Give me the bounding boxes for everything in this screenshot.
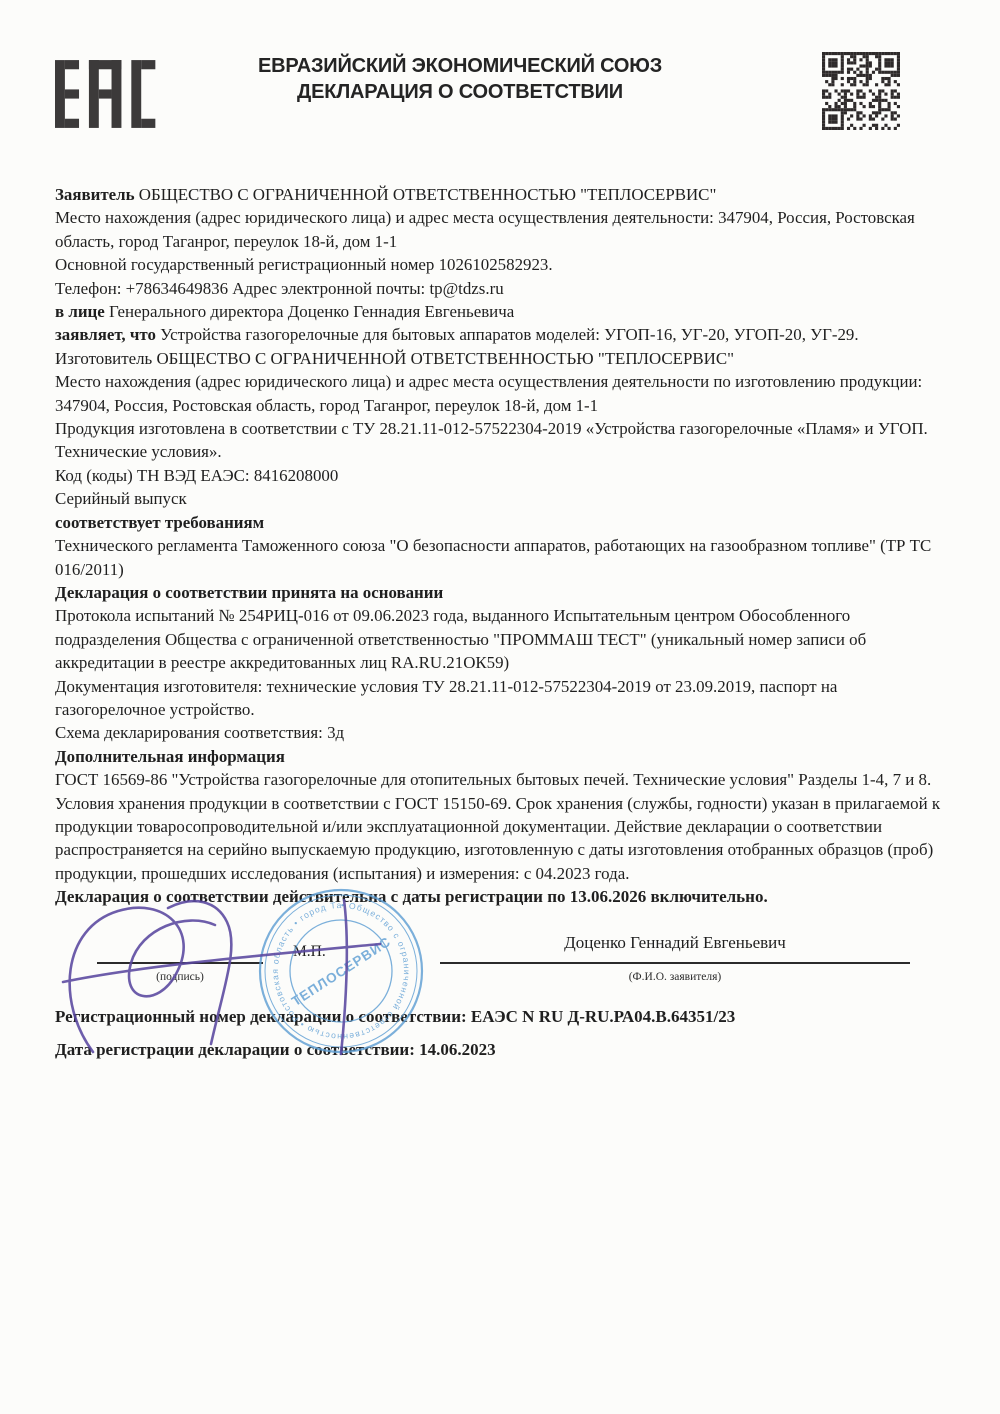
document-body: Заявитель ОБЩЕСТВО С ОГРАНИЧЕННОЙ ОТВЕТС… (55, 183, 947, 1061)
additional-heading: Дополнительная информация (55, 745, 947, 768)
title-line-declaration: ДЕКЛАРАЦИЯ О СООТВЕТСТВИИ (180, 79, 740, 105)
basis-protocol-line: Протокола испытаний № 254РИЦ-016 от 09.0… (55, 604, 947, 674)
signature-line (97, 962, 263, 964)
registration-number-line: Регистрационный номер декларации о соотв… (55, 1005, 947, 1028)
signature-caption: (подпись) (97, 966, 263, 989)
in-person-value: Генерального директора Доценко Геннадия … (109, 302, 514, 321)
applicant-value: ОБЩЕСТВО С ОГРАНИЧЕННОЙ ОТВЕТСТВЕННОСТЬЮ… (139, 185, 717, 204)
stamp-place-label: М.П. (293, 940, 326, 963)
contacts-line: Телефон: +78634649836 Адрес электронной … (55, 277, 947, 300)
regulation-line: Технического регламента Таможенного союз… (55, 534, 947, 581)
document-title: ЕВРАЗИЙСКИЙ ЭКОНОМИЧЕСКИЙ СОЮЗ ДЕКЛАРАЦИ… (180, 53, 740, 105)
ogrn-line: Основной государственный регистрационный… (55, 253, 947, 276)
production-tu-line: Продукция изготовлена в соответствии с Т… (55, 417, 947, 464)
signature-block: (подпись) М.П. Доценко Геннадий Евгеньев… (55, 914, 947, 988)
fio-caption: (Ф.И.О. заявителя) (440, 966, 910, 989)
manufacturer-value: ОБЩЕСТВО С ОГРАНИЧЕННОЙ ОТВЕТСТВЕННОСТЬЮ… (156, 349, 734, 368)
in-person-label: в лице (55, 302, 105, 321)
declares-label: заявляет, что (55, 325, 156, 344)
applicant-address-line: Место нахождения (адрес юридического лиц… (55, 206, 947, 253)
applicant-label: Заявитель (55, 185, 135, 204)
qr-code-icon (822, 52, 900, 130)
declares-value: Устройства газогорелочные для бытовых ап… (160, 325, 858, 344)
applicant-line: Заявитель ОБЩЕСТВО С ОГРАНИЧЕННОЙ ОТВЕТС… (55, 183, 947, 206)
title-line-union: ЕВРАЗИЙСКИЙ ЭКОНОМИЧЕСКИЙ СОЮЗ (180, 53, 740, 79)
eac-logo-icon (55, 48, 161, 140)
registration-date-line: Дата регистрации декларации о соответств… (55, 1038, 947, 1061)
basis-docs-line: Документация изготовителя: технические у… (55, 675, 947, 722)
manufacturer-label: Изготовитель (55, 349, 152, 368)
basis-heading: Декларация о соответствии принята на осн… (55, 581, 947, 604)
fio-line (440, 962, 910, 964)
manufacturer-address-line: Место нахождения (адрес юридического лиц… (55, 370, 947, 417)
in-person-line: в лице Генерального директора Доценко Ге… (55, 300, 947, 323)
scheme-line: Схема декларирования соответствия: 3д (55, 721, 947, 744)
manufacturer-line: Изготовитель ОБЩЕСТВО С ОГРАНИЧЕННОЙ ОТВ… (55, 347, 947, 370)
additional-text: ГОСТ 16569-86 "Устройства газогорелочные… (55, 768, 947, 885)
declaration-document: ЕВРАЗИЙСКИЙ ЭКОНОМИЧЕСКИЙ СОЮЗ ДЕКЛАРАЦИ… (0, 0, 1000, 1414)
validity-line: Декларация о соответствии действительна … (55, 885, 947, 908)
declares-line: заявляет, что Устройства газогорелочные … (55, 323, 947, 346)
serial-line: Серийный выпуск (55, 487, 947, 510)
complies-heading: соответствует требованиям (55, 511, 947, 534)
applicant-fio: Доценко Геннадий Евгеньевич (440, 931, 910, 954)
tnved-line: Код (коды) ТН ВЭД ЕАЭС: 8416208000 (55, 464, 947, 487)
